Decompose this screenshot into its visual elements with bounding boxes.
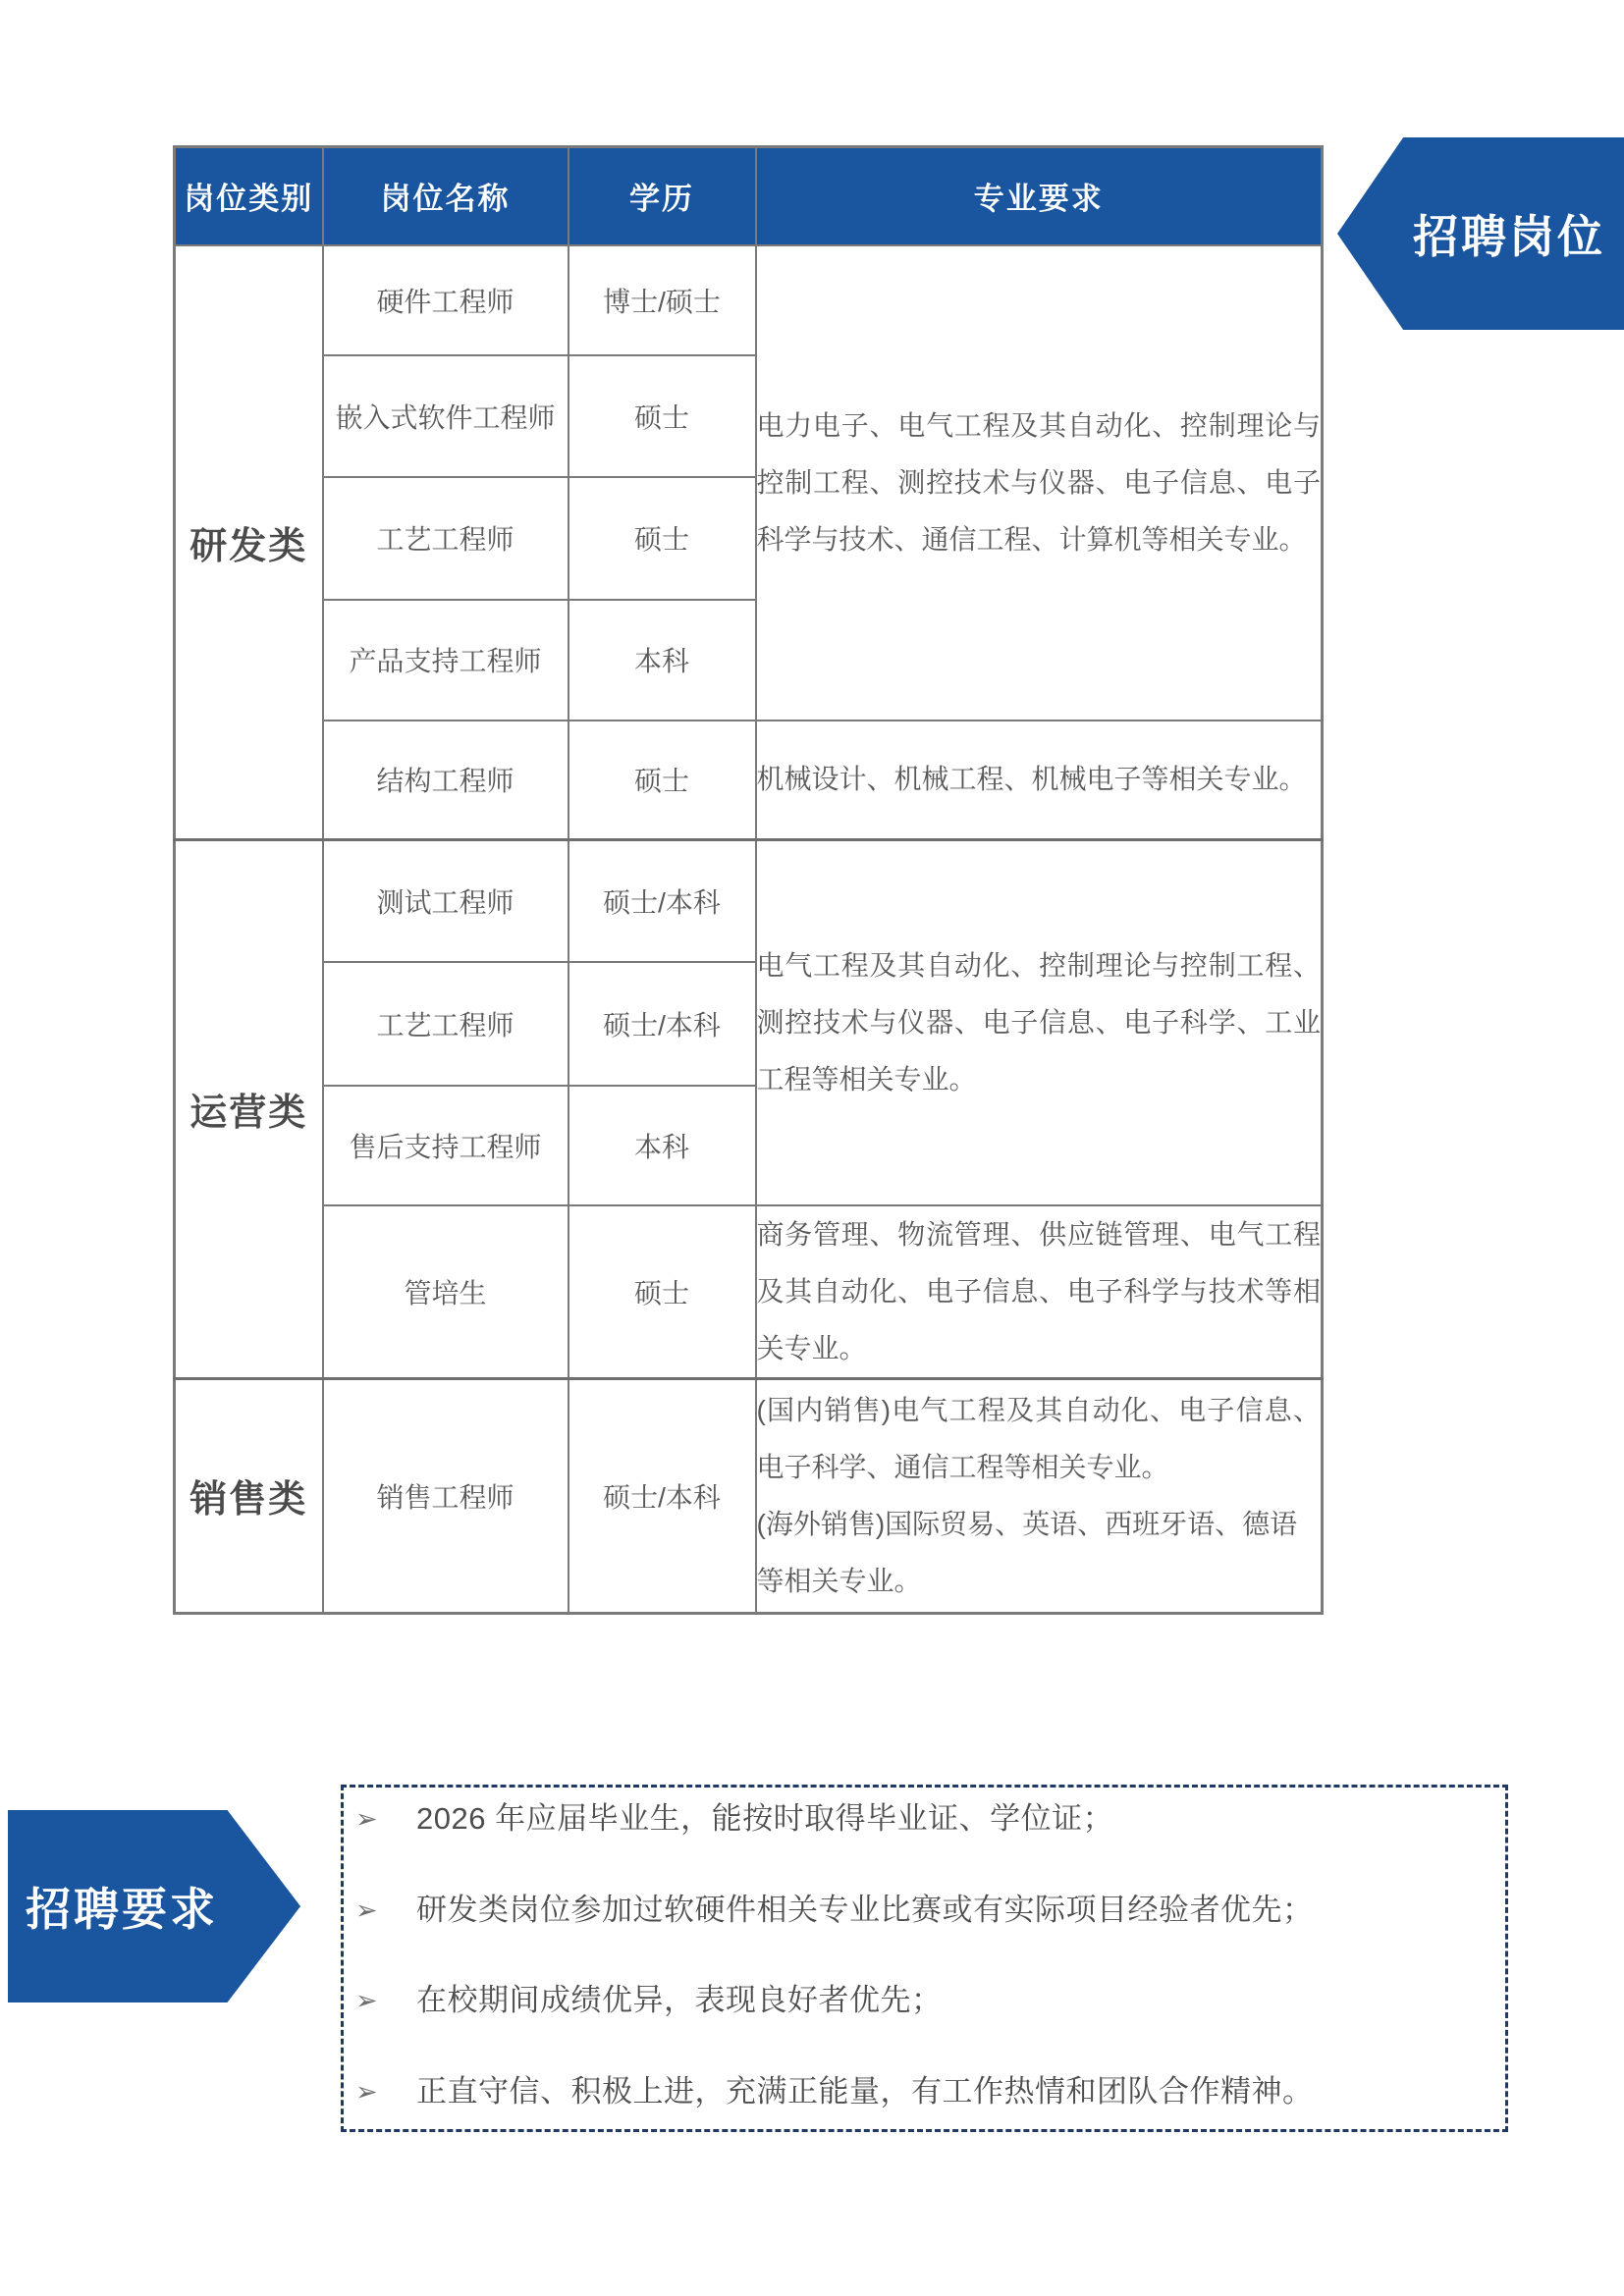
requirement-item: ➢ 正直守信、积极上进，充满正能量，有工作热情和团队合作精神。: [355, 2070, 1482, 2113]
position-title-cell: 硬件工程师: [323, 245, 568, 355]
arrow-bullet-icon: ➢: [355, 1797, 385, 1841]
column-header-category: 岗位类别: [175, 147, 323, 245]
position-title-cell: 工艺工程师: [323, 962, 568, 1086]
column-header-position: 岗位名称: [323, 147, 568, 245]
degree-cell: 硕士: [568, 721, 756, 840]
requirement-item: ➢ 在校期间成绩优异，表现良好者优先；: [355, 1979, 1482, 2022]
recruitment-requirements-banner-label: 招聘要求: [26, 1874, 218, 1939]
degree-cell: 硕士: [568, 477, 756, 600]
requirement-line-domestic: (国内销售)电气工程及其自动化、电子信息、电子科学、通信工程等相关专业。: [757, 1382, 1322, 1496]
requirement-item: ➢ 研发类岗位参加过软硬件相关专业比赛或有实际项目经验者优先；: [355, 1889, 1482, 1932]
positions-table: 岗位类别 岗位名称 学历 专业要求 研发类 硬件工程师 博士/硕士 电力电子、电…: [173, 145, 1324, 1615]
table-header-row: 岗位类别 岗位名称 学历 专业要求: [175, 147, 1323, 245]
position-title-cell: 管培生: [323, 1205, 568, 1379]
requirement-item-text: 2026 年应届毕业生，能按时取得毕业证、学位证；: [416, 1797, 1113, 1841]
requirements-list-box: ➢ 2026 年应届毕业生，能按时取得毕业证、学位证； ➢ 研发类岗位参加过软硬…: [341, 1785, 1508, 2132]
position-title-cell: 嵌入式软件工程师: [323, 355, 568, 477]
requirement-cell: 机械设计、机械工程、机械电子等相关专业。: [756, 721, 1323, 840]
position-title-cell: 结构工程师: [323, 721, 568, 840]
category-cell-rnd: 研发类: [175, 245, 323, 840]
arrow-bullet-icon: ➢: [355, 1889, 385, 1932]
requirement-item: ➢ 2026 年应届毕业生，能按时取得毕业证、学位证；: [355, 1797, 1482, 1841]
recruitment-poster-page: 岗位类别 岗位名称 学历 专业要求 研发类 硬件工程师 博士/硕士 电力电子、电…: [0, 0, 1624, 2296]
position-title-cell: 产品支持工程师: [323, 600, 568, 721]
requirement-cell: 商务管理、物流管理、供应链管理、电气工程及其自动化、电子信息、电子科学与技术等相…: [756, 1205, 1323, 1379]
table-row: 结构工程师 硕士 机械设计、机械工程、机械电子等相关专业。: [175, 721, 1323, 840]
table-row: 运营类 测试工程师 硕士/本科 电气工程及其自动化、控制理论与控制工程、测控技术…: [175, 840, 1323, 962]
requirement-cell: 电气工程及其自动化、控制理论与控制工程、测控技术与仪器、电子信息、电子科学、工业…: [756, 840, 1323, 1205]
degree-cell: 硕士/本科: [568, 840, 756, 962]
table-row: 销售类 销售工程师 硕士/本科 (国内销售)电气工程及其自动化、电子信息、电子科…: [175, 1378, 1323, 1613]
requirement-item-text: 研发类岗位参加过软硬件相关专业比赛或有实际项目经验者优先；: [416, 1889, 1314, 1932]
recruitment-requirements-banner: 招聘要求: [8, 1810, 300, 2002]
position-title-cell: 工艺工程师: [323, 477, 568, 600]
column-header-degree: 学历: [568, 147, 756, 245]
position-title-cell: 测试工程师: [323, 840, 568, 962]
requirement-item-text: 在校期间成绩优异，表现良好者优先；: [416, 1979, 943, 2022]
category-cell-sales: 销售类: [175, 1378, 323, 1613]
recruitment-positions-banner-label: 招聘岗位: [1413, 201, 1605, 266]
requirement-line-overseas: (海外销售)国际贸易、英语、西班牙语、德语等相关专业。: [757, 1496, 1322, 1610]
position-title-cell: 售后支持工程师: [323, 1086, 568, 1205]
degree-cell: 硕士/本科: [568, 1378, 756, 1613]
table-row: 研发类 硬件工程师 博士/硕士 电力电子、电气工程及其自动化、控制理论与控制工程…: [175, 245, 1323, 355]
category-cell-operations: 运营类: [175, 840, 323, 1379]
degree-cell: 硕士/本科: [568, 962, 756, 1086]
degree-cell: 本科: [568, 1086, 756, 1205]
recruitment-positions-banner: 招聘岗位: [1337, 137, 1624, 330]
degree-cell: 硕士: [568, 1205, 756, 1379]
arrow-bullet-icon: ➢: [355, 1979, 385, 2022]
degree-cell: 博士/硕士: [568, 245, 756, 355]
arrow-bullet-icon: ➢: [355, 2070, 385, 2113]
column-header-major: 专业要求: [756, 147, 1323, 245]
table-row: 管培生 硕士 商务管理、物流管理、供应链管理、电气工程及其自动化、电子信息、电子…: [175, 1205, 1323, 1379]
requirement-cell: (国内销售)电气工程及其自动化、电子信息、电子科学、通信工程等相关专业。 (海外…: [756, 1378, 1323, 1613]
requirement-item-text: 正直守信、积极上进，充满正能量，有工作热情和团队合作精神。: [416, 2070, 1314, 2113]
degree-cell: 硕士: [568, 355, 756, 477]
requirement-cell: 电力电子、电气工程及其自动化、控制理论与控制工程、测控技术与仪器、电子信息、电子…: [756, 245, 1323, 721]
degree-cell: 本科: [568, 600, 756, 721]
position-title-cell: 销售工程师: [323, 1378, 568, 1613]
